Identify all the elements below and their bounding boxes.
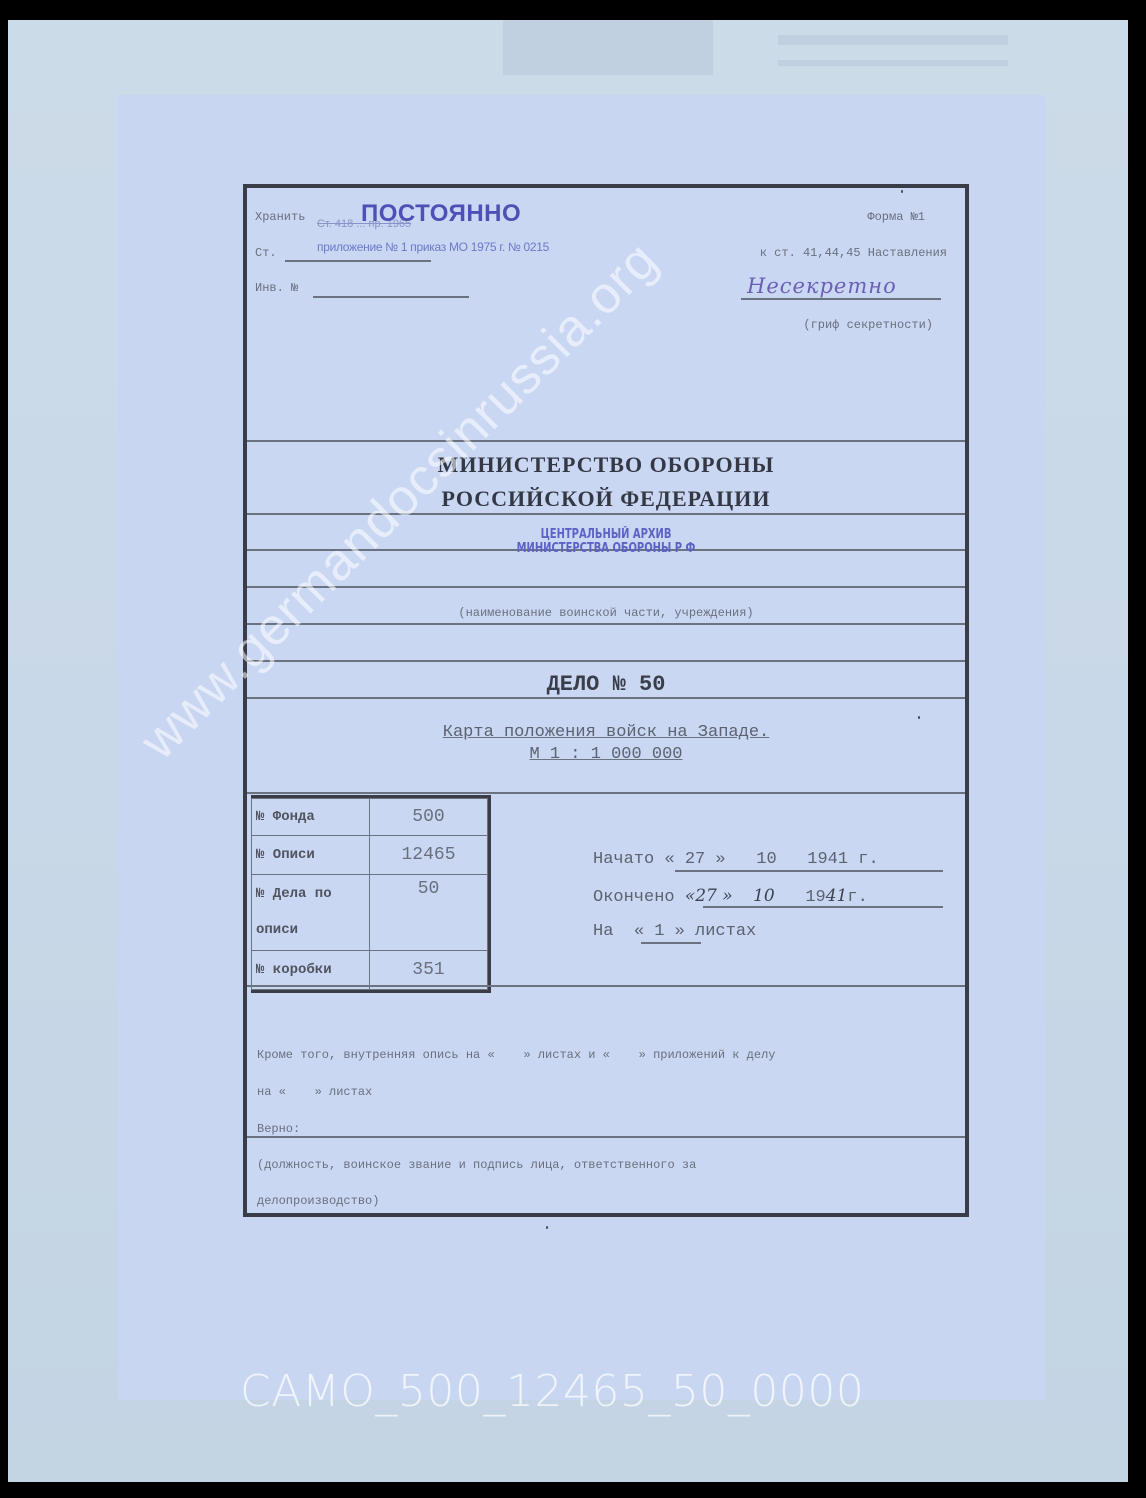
case-subject-line-1: Карта положения войск на Западе. <box>247 722 965 744</box>
ended-date: Окончено «27 » 10 1941г. <box>593 886 868 907</box>
inventory-label: Инв. № <box>255 281 298 295</box>
certified-label: Верно: <box>257 1122 300 1136</box>
responsible-line-1: (должность, воинское звание и подпись ли… <box>257 1158 696 1172</box>
identifier-row: № коробки 351 <box>252 950 488 989</box>
ministry-line-2: РОССИЙСКОЙ ФЕДЕРАЦИИ <box>247 486 965 512</box>
secrecy-field-line <box>741 298 941 300</box>
delo-label: № Дела по описи <box>252 874 370 950</box>
rule <box>247 985 965 987</box>
ghost-print <box>778 35 1008 45</box>
ghost-print <box>778 60 1008 66</box>
delo-value: 50 <box>370 874 488 950</box>
keep-permanent-stamp: ПОСТОЯННО <box>361 200 521 228</box>
case-cover-form: Хранить Ст. 418 ... пр. 1965 ПОСТОЯННО п… <box>243 184 969 1217</box>
opis-value: 12465 <box>370 835 488 874</box>
archive-stamp-line-2: МИНИСТЕРСТВА ОБОРОНЫ Р Ф <box>301 542 911 555</box>
responsible-line-2: делопроизводство) <box>257 1194 379 1208</box>
secrecy-handwritten: Несекретно <box>747 274 897 298</box>
secrecy-caption: (гриф секретности) <box>803 318 933 332</box>
article-field-line <box>285 260 431 262</box>
speck <box>546 1226 548 1229</box>
rule <box>247 792 965 794</box>
fond-value: 500 <box>370 799 488 836</box>
internal-inventory-line-2: на « » листах <box>257 1085 372 1099</box>
box-value: 351 <box>370 950 488 989</box>
ended-date-line <box>703 906 943 908</box>
keep-label: Хранить <box>255 210 305 224</box>
form-number: Форма №1 <box>867 210 925 224</box>
sheet-count: На « 1 » листах <box>593 922 756 941</box>
article-label: Ст. <box>255 246 277 260</box>
keep-stamp-note: приложение № 1 приказ МО 1975 г. № 0215 <box>317 240 549 254</box>
identifier-row: № Описи 12465 <box>252 835 488 874</box>
rule <box>247 697 965 699</box>
archive-stamp-line-1: ЦЕНТРАЛЬНЫЙ АРХИВ <box>301 528 911 541</box>
rule <box>247 440 965 442</box>
rule <box>247 586 965 588</box>
archive-identifiers-table: № Фонда 500 № Описи 12465 № Дела по опис… <box>251 795 491 993</box>
rule <box>247 623 965 625</box>
unit-name-caption: (наименование воинской части, учреждения… <box>247 606 965 620</box>
ministry-line-1: МИНИСТЕРСТВО ОБОРОНЫ <box>247 452 965 478</box>
speck <box>901 190 903 193</box>
opis-label: № Описи <box>252 835 370 874</box>
internal-inventory-line-1: Кроме того, внутренняя опись на « » лист… <box>257 1048 775 1062</box>
box-label: № коробки <box>252 950 370 989</box>
inventory-field-line <box>313 296 469 298</box>
rule <box>247 660 965 662</box>
started-date: Начато « 27 » 10 1941 г. <box>593 850 879 869</box>
rule <box>247 513 965 515</box>
started-date-line <box>675 870 943 872</box>
case-subject-line-2: М 1 : 1 000 000 <box>247 744 965 766</box>
fond-label: № Фонда <box>252 799 370 836</box>
speck <box>918 716 920 719</box>
identifier-row: № Фонда 500 <box>252 799 488 836</box>
sheet-count-line <box>641 942 701 944</box>
ghost-print <box>503 20 713 75</box>
case-title: ДЕЛО № 50 <box>247 672 965 697</box>
rule <box>247 1136 965 1138</box>
form-reference: к ст. 41,44,45 Наставления <box>760 246 947 260</box>
file-identifier-label: CAMO_500_12465_50_0000 <box>240 1366 864 1417</box>
identifier-row: № Дела по описи 50 <box>252 874 488 950</box>
